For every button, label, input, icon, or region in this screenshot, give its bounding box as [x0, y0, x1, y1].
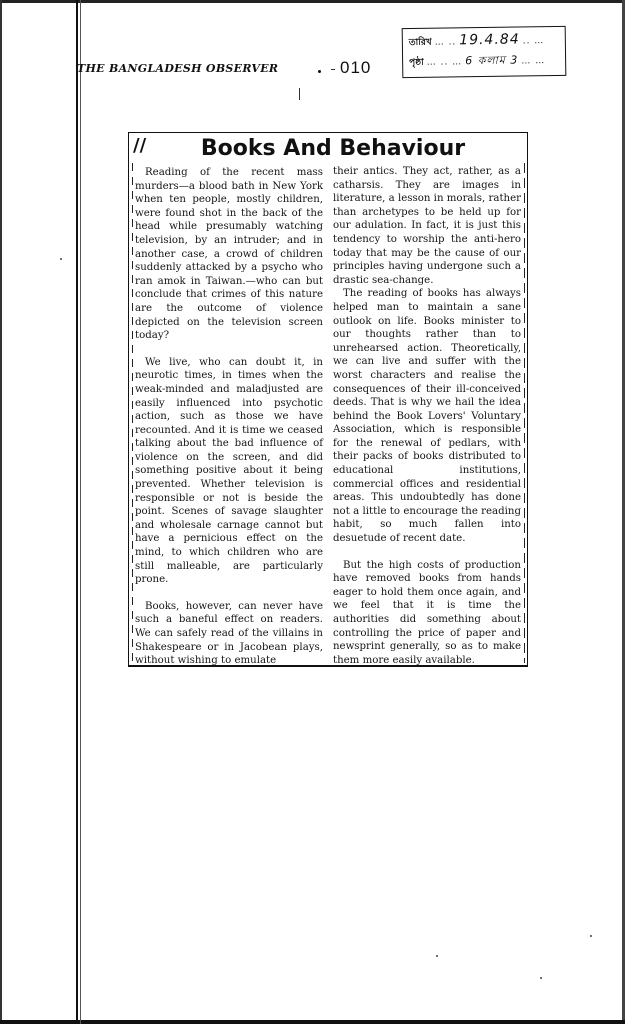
- scan-dash: [331, 69, 335, 70]
- stamp-page-row: পৃষ্ঠা … .. … 6 কলাম 3 … …: [409, 51, 559, 73]
- article-paragraph: The reading of books has always helped m…: [333, 287, 521, 545]
- article-paragraph: We live, who can doubt it, in neurotic t…: [135, 356, 323, 587]
- clipping-right-edge: [524, 163, 525, 663]
- stamp-page-label: পৃষ্ঠা: [409, 55, 424, 70]
- stamp-date-row: তারিখ … .. 19.4.84 .. …: [409, 31, 559, 53]
- binding-margin-rule-inner: [80, 0, 81, 1024]
- stamp-dots: … ..: [435, 37, 457, 47]
- article-headline: Books And Behaviour: [129, 136, 527, 161]
- article-paragraph: Reading of the recent mass murders—a blo…: [135, 166, 323, 343]
- scan-speck: [540, 977, 542, 979]
- stamp-date-value: 19.4.84: [459, 32, 520, 49]
- article-paragraph: their antics. They act, rather, as a cat…: [333, 165, 521, 287]
- scan-tick-mark: [299, 88, 300, 100]
- stamp-dots: … …: [521, 56, 545, 66]
- stamp-dots: .. …: [523, 36, 545, 46]
- archive-stamp: তারিখ … .. 19.4.84 .. … পৃষ্ঠা … .. … 6 …: [402, 26, 567, 78]
- newspaper-masthead: THE BANGLADESH OBSERVER: [77, 62, 278, 75]
- stamp-page-value: 6 কলাম 3: [465, 52, 518, 72]
- scan-speck: [590, 935, 592, 937]
- clipping-left-edge: [132, 163, 133, 663]
- scan-left-edge: [0, 0, 2, 1024]
- scan-top-edge: [0, 0, 625, 3]
- article-clipping: // Books And Behaviour Reading of the re…: [128, 132, 528, 667]
- scan-speck: [60, 258, 62, 260]
- page-number: 010: [340, 58, 371, 78]
- article-column-right: their antics. They act, rather, as a cat…: [333, 165, 521, 667]
- binding-margin-rule: [76, 0, 78, 1024]
- scan-dot: [318, 70, 321, 73]
- scan-bottom-edge: [0, 1020, 625, 1024]
- stamp-dots: … .. …: [427, 57, 463, 67]
- stamp-date-label: তারিখ: [409, 35, 432, 50]
- article-paragraph: But the high costs of production have re…: [333, 559, 521, 668]
- scan-speck: [436, 955, 438, 957]
- article-paragraph: Books, however, can never have such a ba…: [135, 600, 323, 668]
- article-column-left: Reading of the recent mass murders—a blo…: [135, 166, 323, 668]
